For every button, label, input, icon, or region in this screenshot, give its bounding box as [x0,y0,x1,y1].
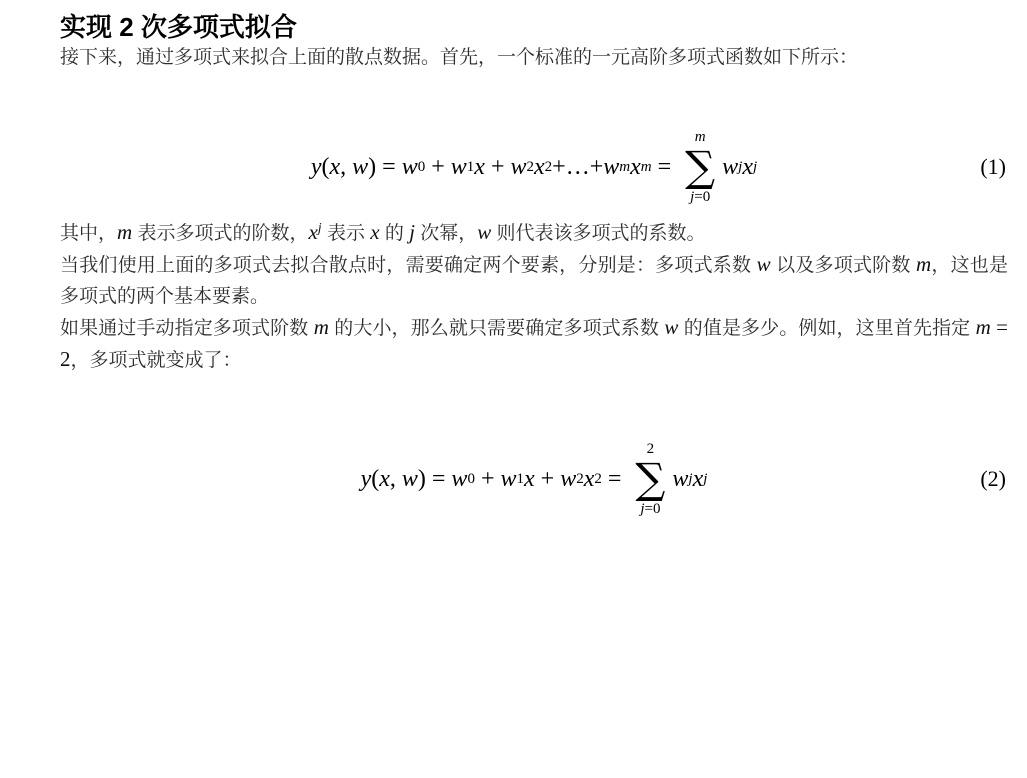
paragraph-intro-text: 接下来，通过多项式来拟合上面的散点数据。首先，一个标准的一元高阶多项式函数如下所… [60,47,858,68]
math-var-w: w [402,464,418,494]
math-plus: + [485,152,511,182]
summation-lower-limit: j=0 [690,190,710,205]
equation-1-number: (1) [980,154,1006,180]
inline-math-w: w [757,252,771,276]
document-body: 实现 2 次多项式拟合 接下来，通过多项式来拟合上面的散点数据。首先，一个标准的… [0,0,1027,529]
page-title: 实现 2 次多项式拟合 [60,12,1008,42]
equation-1-body: y(x, w) = w0 + w1x + w2x2+…+wmxm = m∑j=0… [311,130,757,205]
paragraph-two-elements: 当我们使用上面的多项式去拟合散点时，需要确定两个要素，分别是：多项式系数 w 以… [60,249,1008,312]
math-plus: + [535,464,561,494]
math-var-w: w [451,464,467,494]
inline-math-m-equals-2: m [976,315,991,339]
math-var-w: w [560,464,576,494]
inline-math-m: m [916,252,931,276]
math-var-y: y [311,152,322,182]
math-var-w: w [672,464,688,494]
math-var-x: x [474,152,485,182]
math-var-w: w [603,152,619,182]
math-var-w: w [451,152,467,182]
equation-2-body: y(x, w) = w0 + w1x + w2x2 = 2∑j=0wjxj [361,442,708,517]
inline-math-w: w [477,220,491,244]
math-var-x: x [630,152,641,182]
math-var-w: w [352,152,368,182]
math-var-x: x [524,464,535,494]
inline-math-x-base: x [308,220,317,244]
math-var-w: w [500,464,516,494]
math-var-w: w [722,152,738,182]
math-paren-close-equals: ) = [418,464,452,494]
paragraph-intro: 接下来，通过多项式来拟合上面的散点数据。首先，一个标准的一元高阶多项式函数如下所… [60,42,1008,73]
math-var-w: w [402,152,418,182]
math-var-x: x [330,152,341,182]
math-comma: , [340,152,352,182]
sigma-icon: ∑ [635,460,665,498]
summation-sigma: m∑j=0 [685,130,715,205]
math-var-x: x [693,464,704,494]
paragraph-variables: 其中，m 表示多项式的阶数，xj 表示 x 的 j 次幂，w 则代表该多项式的系… [60,217,1008,249]
math-plus: + [425,152,451,182]
inline-math-x: x [370,220,379,244]
math-var-x: x [379,464,390,494]
math-var-x: x [742,152,753,182]
inline-math-m: m [117,220,132,244]
math-equals: = [652,152,678,182]
math-paren-close-equals: ) = [368,152,402,182]
math-var-x: x [534,152,545,182]
math-comma: , [390,464,402,494]
summation-lower-limit: j=0 [640,502,660,517]
paragraph-specify-order: 如果通过手动指定多项式阶数 m 的大小，那么就只需要确定多项式系数 w 的值是多… [60,312,1008,376]
inline-math-w: w [664,315,678,339]
math-paren-open: ( [322,152,330,182]
sigma-icon: ∑ [685,148,715,186]
equation-2: y(x, w) = w0 + w1x + w2x2 = 2∑j=0wjxj (2… [60,429,1008,529]
equation-1: y(x, w) = w0 + w1x + w2x2+…+wmxm = m∑j=0… [60,117,1008,217]
inline-math-m: m [314,315,329,339]
math-plus: + [475,464,501,494]
math-ellipsis: +…+ [552,152,603,182]
summation-sigma: 2∑j=0 [635,442,665,517]
math-var-w: w [510,152,526,182]
math-equals: = [602,464,628,494]
equation-2-number: (2) [980,466,1006,492]
math-var-x: x [584,464,595,494]
math-var-y: y [361,464,372,494]
